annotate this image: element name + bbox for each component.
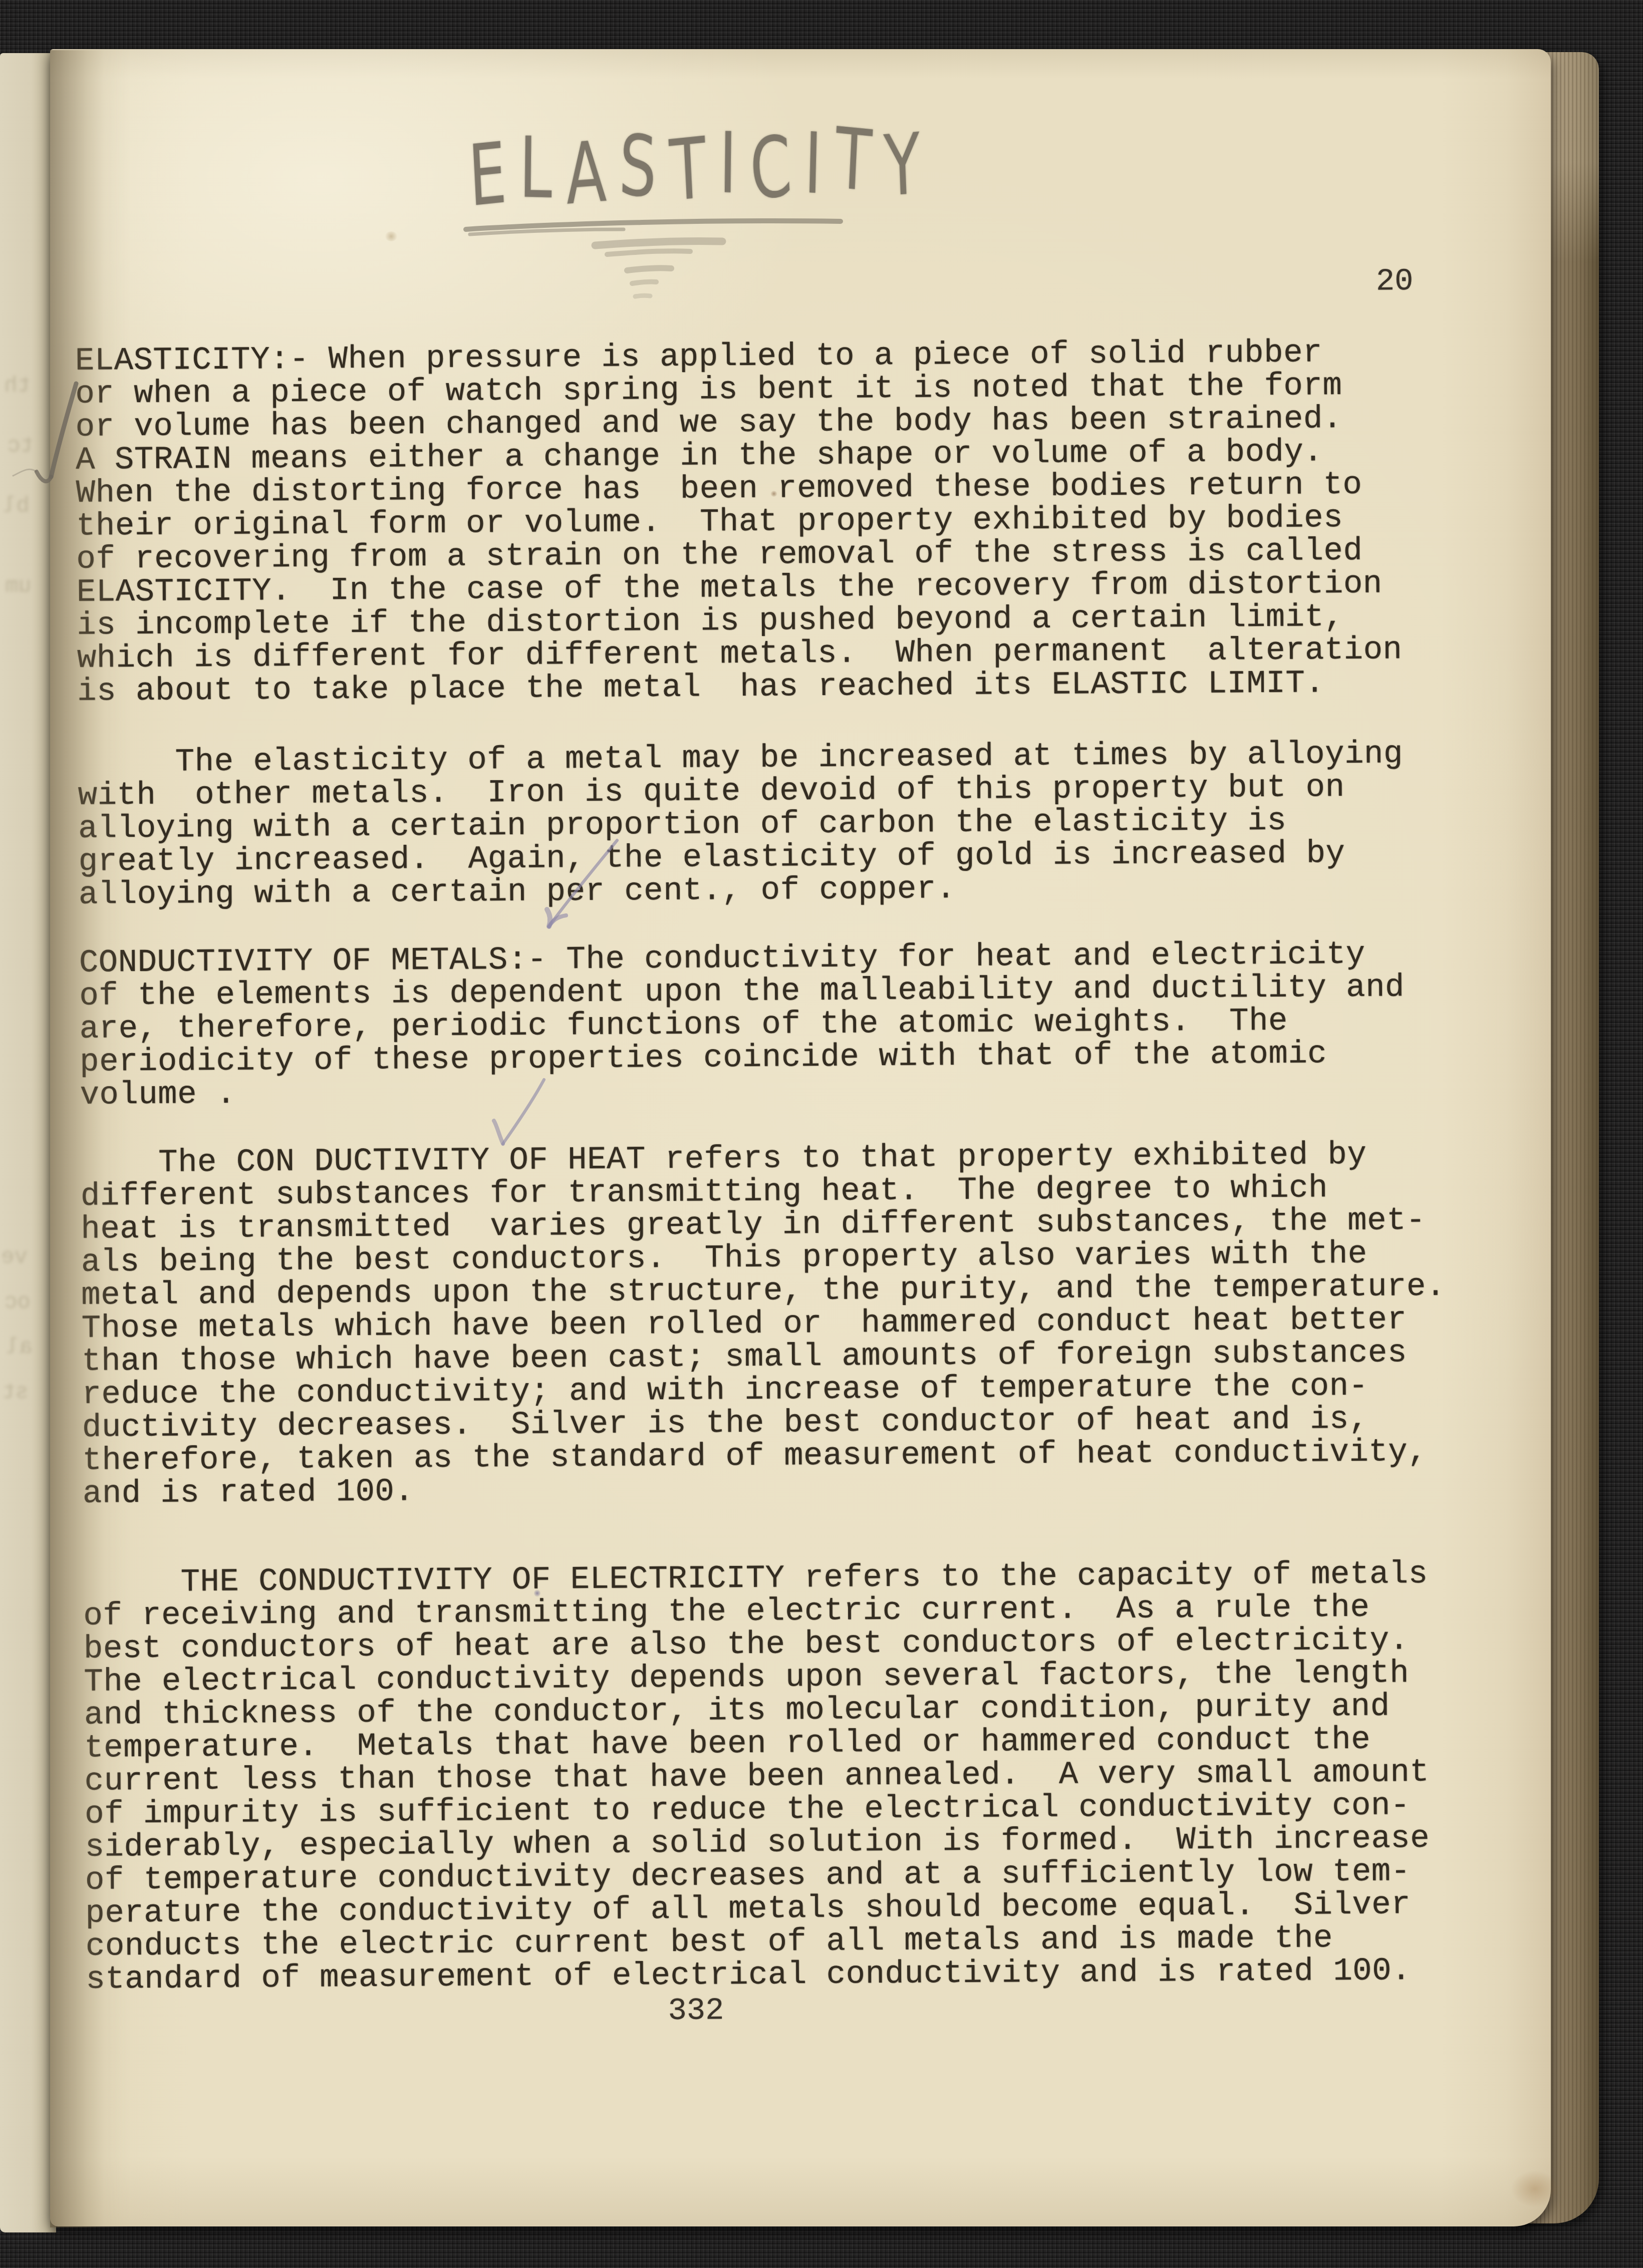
text-line: is about to take place the metal has rea… xyxy=(77,667,1403,709)
text-line: alloying with a certain per cent., of co… xyxy=(79,870,1404,912)
ghost-show-through-text: bl xyxy=(3,494,30,519)
paragraph: The CON DUCTIVITY OF HEAT refers to that… xyxy=(80,1138,1447,1511)
paragraph: CONDUCTIVITY OF METALS:- The conductivit… xyxy=(79,938,1406,1112)
ghost-show-through-text: al xyxy=(6,1335,33,1360)
page-paper: ELASTICITY 20 332 ELASTICITY:- When pres… xyxy=(50,49,1551,2226)
page-number-top: 20 xyxy=(1376,265,1414,298)
typewritten-text: 20 332 ELASTICITY:- When pressure is app… xyxy=(48,40,1563,2227)
ghost-show-through-text: oc xyxy=(4,1290,31,1315)
ghost-show-through-text: st xyxy=(2,1380,29,1405)
paragraph: The elasticity of a metal may be increas… xyxy=(78,738,1404,912)
page-number-bottom: 332 xyxy=(668,1994,724,2028)
paragraph: ELASTICITY:- When pressure is applied to… xyxy=(75,336,1403,709)
text-line: periodicity of these properties coincide… xyxy=(80,1037,1405,1079)
ghost-show-through-text: um xyxy=(5,574,32,599)
ghost-show-through-text: tc xyxy=(7,434,34,459)
scanned-book-photograph: { "document": { "title": "ELASTICITY", "… xyxy=(0,0,1643,2268)
paragraph: THE CONDUCTIVITY OF ELECTRICITY refers t… xyxy=(83,1558,1431,1997)
text-line: and is rated 100. xyxy=(83,1469,1447,1511)
text-line: standard of measurement of electrical co… xyxy=(86,1955,1431,1997)
ghost-show-through-text: ve xyxy=(1,1245,28,1270)
text-line: therefore, taken as the standard of meas… xyxy=(82,1436,1447,1478)
ghost-show-through-text: th xyxy=(4,374,31,399)
previous-page-edge: thtcblumveocalst xyxy=(0,53,56,2232)
